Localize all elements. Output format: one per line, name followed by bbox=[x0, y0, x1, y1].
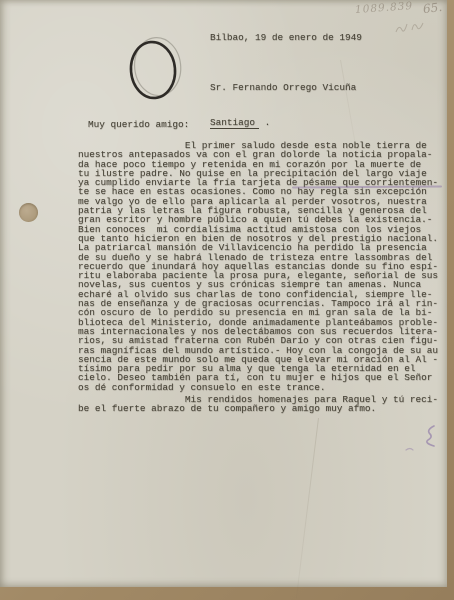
oval-ink-mark bbox=[122, 32, 188, 108]
recipient-city-line: Santiago . bbox=[210, 117, 356, 129]
letter-paper: 1089.839 65. Bilbao, 19 de enero de 1949… bbox=[0, 0, 447, 587]
recipient-city-suffix: . bbox=[259, 117, 270, 128]
letter-body: El primer saludo desde esta noble tierra… bbox=[78, 141, 450, 392]
recipient-city: Santiago bbox=[210, 117, 259, 129]
pencil-scratch-mark bbox=[392, 14, 432, 38]
letter-closing: Mis rendidos homenajes para Raquel y tú … bbox=[78, 395, 450, 414]
dateline: Bilbao, 19 de enero de 1949 bbox=[210, 33, 362, 42]
paper-crease bbox=[296, 418, 319, 599]
punch-hole-mark bbox=[19, 203, 38, 222]
recipient-name: Sr. Fernando Orrego Vicuña bbox=[210, 82, 356, 94]
purple-squiggle-mark bbox=[398, 420, 446, 460]
scanned-letter-page: 1089.839 65. Bilbao, 19 de enero de 1949… bbox=[0, 0, 454, 600]
recipient-block: Sr. Fernando Orrego Vicuña Santiago . bbox=[210, 59, 356, 151]
salutation: Muy querido amigo: bbox=[88, 120, 189, 129]
